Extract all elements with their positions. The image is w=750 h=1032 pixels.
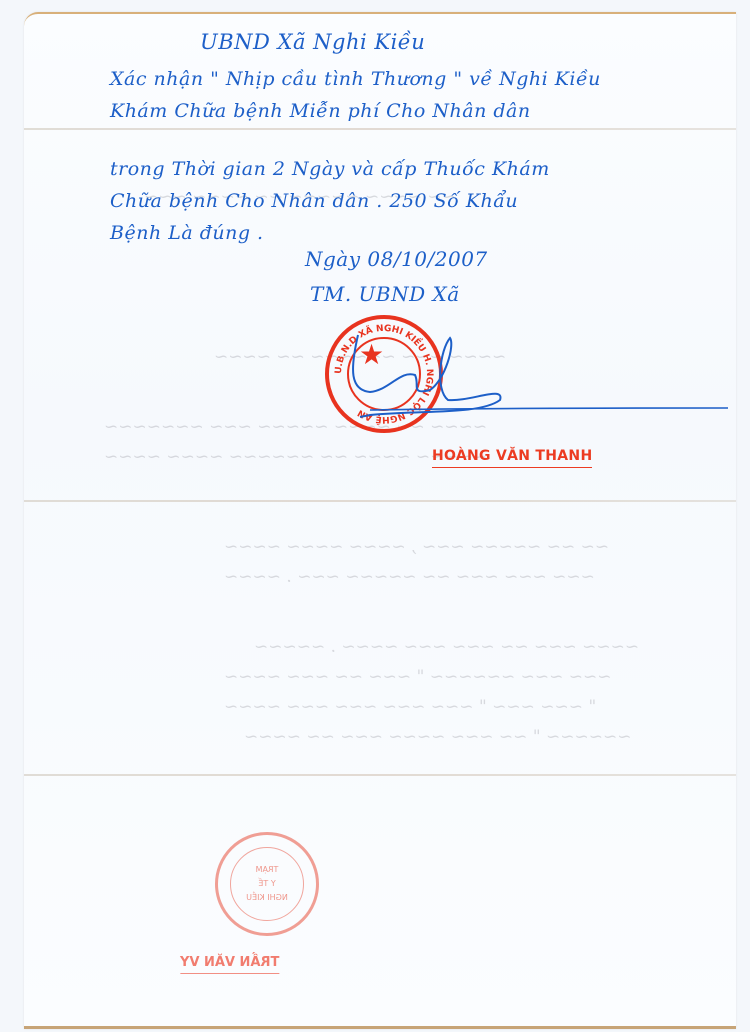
reverse-stamp-underline (180, 973, 279, 974)
on-behalf-line: TM. UBND Xã (310, 282, 460, 306)
signature (330, 330, 730, 430)
signer-name: HOÀNG VĂN THANH (432, 448, 592, 464)
paper-fold (24, 500, 736, 502)
body-line: Khám Chữa bệnh Miễn phí Cho Nhân dân (110, 100, 531, 122)
bleed-through-text: " ~~~ ~~~ " ~~~ ~~~ ~~~ ~~~ ~~~~ (224, 694, 596, 721)
paper-fold (24, 128, 736, 130)
document-heading: UBND Xã Nghi Kiều (200, 30, 425, 54)
reverse-seal: TRẠM Y TẾ NGHI KIỀU (215, 832, 319, 936)
reverse-signer-name: TRẦN VĂN VY (180, 955, 279, 970)
reverse-seal-line: Y TẾ (218, 879, 316, 888)
body-line: trong Thời gian 2 Ngày và cấp Thuốc Khám (110, 158, 550, 180)
reverse-seal-line: NGHI KIỀU (218, 893, 316, 902)
reverse-name-stamp: TRẦN VĂN VY (180, 955, 279, 974)
bleed-through-text: ~~~~ ~~~ ~~ ~~~ ~~~ ~~~~ . ~~~~~ (254, 634, 639, 661)
body-line: Bệnh Là đúng . (110, 222, 264, 244)
bleed-through-text: ~~ ~~ ~~~~~ ~~~ , ~~~~ ~~~~ ~~~~ (224, 534, 609, 561)
stamp-underline (432, 467, 592, 468)
bleed-through-text: ~~~~~~ " ~~ ~~~ ~~~~ ~~~ ~~ ~~~~ (244, 724, 632, 751)
signer-name-stamp: HOÀNG VĂN THANH (432, 448, 592, 468)
reverse-seal-line: TRẠM (218, 865, 316, 874)
body-line: Chữa bệnh Cho Nhân dân . 250 Số Khẩu (110, 190, 518, 212)
bleed-through-text: ~~~ ~~~ ~~~~~~ " ~~~ ~~ ~~~ ~~~~ (224, 664, 612, 691)
bleed-through-text: ~~~~~ ~~~~ ~~ ~~~~~~ ~~~~ ~~~~ (104, 444, 487, 471)
bleed-through-text: ~~~ ~~~ ~~~ ~~ ~~~~~ ~~~ . ~~~~ (224, 564, 595, 591)
date-line: Ngày 08/10/2007 (305, 247, 488, 271)
paper-fold (24, 774, 736, 776)
body-line: Xác nhận " Nhịp cầu tình Thương " về Ngh… (110, 68, 601, 90)
